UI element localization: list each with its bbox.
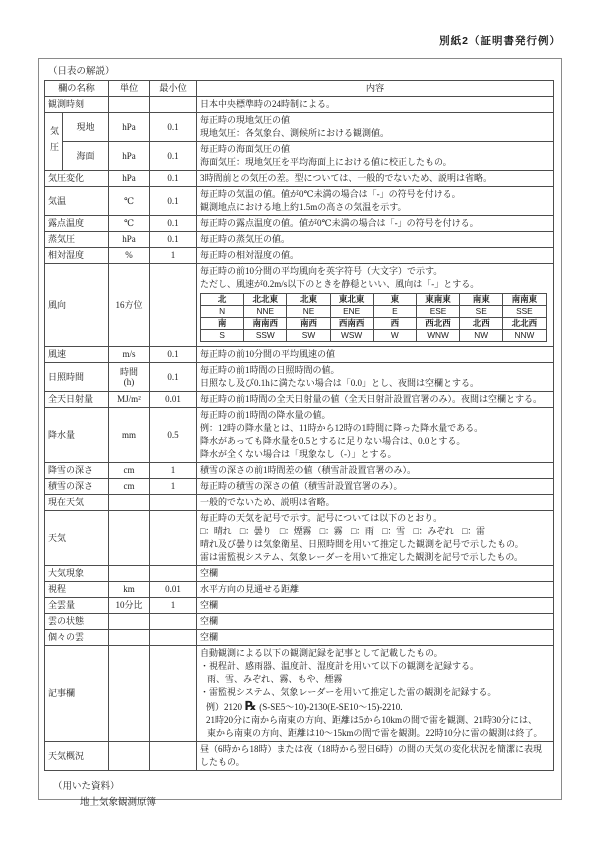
content-line: 自動観測による以下の観測記録を記事として記載したもの。 — [200, 647, 550, 660]
cell-name: 天気 — [45, 511, 109, 566]
cell-unit — [109, 630, 150, 646]
content-line: 雷は雷監視システム、気象レーダーを用いて推定した観測を記号で示したもの。 — [200, 551, 550, 564]
compass-cell: 北東 — [287, 294, 330, 306]
cell-name: 風向 — [45, 264, 109, 347]
cell-min: 0.01 — [150, 582, 197, 598]
table-row: 海面 hPa 0.1 毎正時の海面気圧の値 海面気圧：現地気圧を平均海面上におけ… — [45, 142, 554, 171]
table-row: 積雪の深さ cm 1 毎正時の積雪の深さの値（積雪計設置官署のみ）。 — [45, 479, 554, 495]
document-frame: （日表の解説） 欄の名称 単位 最小位 内容 観測時刻 日本中央標準時の24時制… — [38, 58, 562, 800]
cell-unit: ℃ — [109, 187, 150, 216]
content-line: 21時20分に南から南東の方向、距離は5から10kmの間で雷を観測、21時30分… — [200, 714, 550, 727]
compass-cell: 南西 — [287, 318, 330, 330]
cell-unit: hPa — [109, 171, 150, 187]
weather-symbols-line: □：晴れ □：曇り □：煙霧 □：霧 □：雨 □：雪 □：みぞれ □：雷 — [200, 525, 550, 538]
cell-content: 毎正時の前10分間の平均風向を英字符号（大文字）で示す。 ただし、風速が0.2m… — [197, 264, 554, 347]
cell-min — [150, 566, 197, 582]
cell-min — [150, 264, 197, 347]
compass-cell: 東南東 — [416, 294, 459, 306]
cell-unit: cm — [109, 463, 150, 479]
content-line: 東から南東の方向、距離は10～15kmの間で雷を観測。22時10分に雷の観測は終… — [200, 727, 550, 740]
compass-cell: WSW — [330, 330, 373, 342]
cell-content: 日本中央標準時の24時制による。 — [197, 97, 554, 113]
sources-item: 地上気象観測原簿 — [53, 795, 561, 811]
cell-unit — [109, 495, 150, 511]
thunderstorm-symbol: ℞ — [245, 698, 256, 713]
cell-name: 相対湿度 — [45, 248, 109, 264]
cell-unit: hPa — [109, 142, 150, 171]
table-row: 視程 km 0.01 水平方向の見通せる距離 — [45, 582, 554, 598]
table-row: 気圧 現地 hPa 0.1 毎正時の現地気圧の値 現地気圧：各気象台、測候所にお… — [45, 113, 554, 142]
table-row-weather: 天気 毎正時の天気を記号で示す。記号については以下のとおり。 □：晴れ □：曇り… — [45, 511, 554, 566]
cell-content: 空欄 — [197, 630, 554, 646]
cell-content: 毎正時の海面気圧の値 海面気圧：現地気圧を平均海面上における値に校正したもの。 — [197, 142, 554, 171]
cell-name: 雲の状態 — [45, 614, 109, 630]
cell-content: 空欄 — [197, 598, 554, 614]
cell-name: 降水量 — [45, 408, 109, 463]
content-line: ・視程計、感雨器、温度計、湿度計を用いて以下の観測を記録する。 — [200, 660, 550, 673]
compass-cell: 南南東 — [503, 294, 546, 306]
content-line: 毎正時の天気を記号で示す。記号については以下のとおり。 — [200, 512, 550, 525]
cell-unit — [109, 566, 150, 582]
cell-name: 個々の雲 — [45, 630, 109, 646]
compass-cell: S — [201, 330, 244, 342]
cell-unit — [109, 614, 150, 630]
compass-cell: 西南西 — [330, 318, 373, 330]
compass-row-kanji: 北 北北東 北東 東北東 東 東南東 南東 南南東 — [201, 294, 547, 306]
cell-name: 海面 — [63, 142, 109, 171]
section-title: （日表の解説） — [48, 63, 561, 77]
compass-cell: N — [201, 306, 244, 318]
cell-content: 毎正時の現地気圧の値 現地気圧：各気象台、測候所における観測値。 — [197, 113, 554, 142]
cell-name: 風速 — [45, 347, 109, 363]
compass-cell: NNE — [244, 306, 287, 318]
example-suffix: (S-SE5～10)-2130(E-SE10～15)-2210. — [259, 702, 402, 712]
compass-cell: NNW — [503, 330, 546, 342]
cell-min: 1 — [150, 598, 197, 614]
table-row: 降水量 mm 0.5 毎正時の前1時間の降水量の値。 例：12時の降水量とは、1… — [45, 408, 554, 463]
content-line: 毎正時の前1時間の降水量の値。 — [200, 409, 550, 422]
content-line: 毎正時の前1時間の日照時間の値。 — [200, 364, 550, 377]
content-line: 現地気圧：各気象台、測候所における観測値。 — [200, 127, 550, 140]
cell-min: 0.1 — [150, 347, 197, 363]
cell-unit — [109, 742, 150, 771]
cell-content: 毎正時の前1時間の全天日射量の値（全天日射計設置官署のみ）。夜間は空欄とする。 — [197, 392, 554, 408]
cell-min: 0.1 — [150, 171, 197, 187]
cell-unit — [109, 511, 150, 566]
cell-min — [150, 495, 197, 511]
table-row: 相対湿度 % 1 毎正時の相対湿度の値。 — [45, 248, 554, 264]
cell-content: 昼（6時から18時）または夜（18時から翌日6時）の間の天気の変化状況を簡潔に表… — [197, 742, 554, 771]
compass-cell: NE — [287, 306, 330, 318]
remarks-example-line: 例）2120℞(S-SE5～10)-2130(E-SE10～15)-2210. — [200, 699, 550, 714]
cell-unit: cm — [109, 479, 150, 495]
cell-name: 現地 — [63, 113, 109, 142]
cell-content: 毎正時の露点温度の値。値が0℃未満の場合は「-」の符号を付ける。 — [197, 216, 554, 232]
table-row: 全雲量 10分比 1 空欄 — [45, 598, 554, 614]
cell-content: 毎正時の相対湿度の値。 — [197, 248, 554, 264]
cell-unit — [109, 97, 150, 113]
content-line: 雨、雪、みぞれ、霧、もや、煙霧 — [200, 673, 550, 686]
cell-name: 大気現象 — [45, 566, 109, 582]
cell-name: 蒸気圧 — [45, 232, 109, 248]
cell-name: 現在天気 — [45, 495, 109, 511]
compass-cell: 北北東 — [244, 294, 287, 306]
explanation-table: 欄の名称 単位 最小位 内容 観測時刻 日本中央標準時の24時制による。 気圧 … — [44, 80, 554, 771]
compass-cell: WNW — [416, 330, 459, 342]
cell-content: 水平方向の見通せる距離 — [197, 582, 554, 598]
content-line: 例：12時の降水量とは、11時から12時の1時間に降った降水量である。 — [200, 422, 550, 435]
cell-content: 毎正時の前1時間の日照時間の値。 日照なし及び0.1hに満たない場合は「0.0」… — [197, 363, 554, 392]
content-line: 降水が全くない場合は「現象なし（-）」とする。 — [200, 448, 550, 461]
table-row-remarks: 記事欄 自動観測による以下の観測記録を記事として記載したもの。 ・視程計、感雨器… — [45, 646, 554, 742]
cell-content: 積雪の深さの前1時間差の値（積雪計設置官署のみ）。 — [197, 463, 554, 479]
attachment-label: 別紙2（証明書発行例） — [439, 33, 561, 48]
table-row: 天気概況 昼（6時から18時）または夜（18時から翌日6時）の間の天気の変化状況… — [45, 742, 554, 771]
table-row: 大気現象 空欄 — [45, 566, 554, 582]
cell-unit: m/s — [109, 347, 150, 363]
compass-cell: 北西 — [460, 318, 503, 330]
cell-min: 1 — [150, 248, 197, 264]
cell-content: 自動観測による以下の観測記録を記事として記載したもの。 ・視程計、感雨器、温度計… — [197, 646, 554, 742]
cell-content: 毎正時の天気を記号で示す。記号については以下のとおり。 □：晴れ □：曇り □：… — [197, 511, 554, 566]
document-page: 別紙2（証明書発行例） （日表の解説） 欄の名称 単位 最小位 内容 観測時刻 … — [0, 0, 598, 855]
compass-cell: 南東 — [460, 294, 503, 306]
cell-min — [150, 630, 197, 646]
cell-name: 日照時間 — [45, 363, 109, 392]
compass-cell: SSW — [244, 330, 287, 342]
cell-min: 0.01 — [150, 392, 197, 408]
cell-min: 0.1 — [150, 216, 197, 232]
table-row: 降雪の深さ cm 1 積雪の深さの前1時間差の値（積雪計設置官署のみ）。 — [45, 463, 554, 479]
table-row: 現在天気 一般的でないため、説明は省略。 — [45, 495, 554, 511]
table-row: 全天日射量 MJ/m² 0.01 毎正時の前1時間の全天日射量の値（全天日射計設… — [45, 392, 554, 408]
compass-cell: 西 — [373, 318, 416, 330]
cell-name: 観測時刻 — [45, 97, 109, 113]
table-row: 蒸気圧 hPa 0.1 毎正時の蒸気圧の値。 — [45, 232, 554, 248]
content-line: 日照なし及び0.1hに満たない場合は「0.0」とし、夜間は空欄とする。 — [200, 377, 550, 390]
cell-min — [150, 511, 197, 566]
unit-line: (h) — [112, 377, 146, 387]
content-line: 降水があっても降水量を0.5とするに足りない場合は、0.0とする。 — [200, 435, 550, 448]
compass-cell: SSE — [503, 306, 546, 318]
compass-cell: ENE — [330, 306, 373, 318]
cell-name: 気温 — [45, 187, 109, 216]
table-row: 雲の状態 空欄 — [45, 614, 554, 630]
unit-line: 時間 — [112, 367, 146, 377]
cell-unit: 10分比 — [109, 598, 150, 614]
table-row: 風速 m/s 0.1 毎正時の前10分間の平均風速の値 — [45, 347, 554, 363]
content-line: 観測地点における地上約1.5mの高さの気温を示す。 — [200, 201, 550, 214]
cell-unit: km — [109, 582, 150, 598]
compass-row-code: S SSW SW WSW W WNW NW NNW — [201, 330, 547, 342]
table-header-row: 欄の名称 単位 最小位 内容 — [45, 81, 554, 97]
compass-cell: 東 — [373, 294, 416, 306]
content-line: 海面気圧：現地気圧を平均海面上における値に校正したもの。 — [200, 156, 550, 169]
compass-cell: 東北東 — [330, 294, 373, 306]
cell-min — [150, 97, 197, 113]
header-content: 内容 — [197, 81, 554, 97]
cell-min: 0.1 — [150, 187, 197, 216]
cell-min: 0.1 — [150, 232, 197, 248]
example-prefix: 例）2120 — [206, 702, 242, 712]
cell-content: 毎正時の前10分間の平均風速の値 — [197, 347, 554, 363]
table-row: 個々の雲 空欄 — [45, 630, 554, 646]
cell-content: 毎正時の前1時間の降水量の値。 例：12時の降水量とは、11時から12時の1時間… — [197, 408, 554, 463]
cell-name: 積雪の深さ — [45, 479, 109, 495]
cell-content: 毎正時の気温の値。値が0℃未満の場合は「-」の符号を付ける。 観測地点における地… — [197, 187, 554, 216]
compass-cell: 西北西 — [416, 318, 459, 330]
cell-name: 露点温度 — [45, 216, 109, 232]
content-line: 毎正時の気温の値。値が0℃未満の場合は「-」の符号を付ける。 — [200, 188, 550, 201]
cell-min — [150, 646, 197, 742]
cell-min: 0.5 — [150, 408, 197, 463]
cell-unit — [109, 646, 150, 742]
table-row: 露点温度 ℃ 0.1 毎正時の露点温度の値。値が0℃未満の場合は「-」の符号を付… — [45, 216, 554, 232]
wind-compass-table: 北 北北東 北東 東北東 東 東南東 南東 南南東 N NNE NE — [200, 293, 547, 342]
compass-cell: W — [373, 330, 416, 342]
compass-cell: 南南西 — [244, 318, 287, 330]
cell-content: 空欄 — [197, 614, 554, 630]
sources-block: （用いた資料） 地上気象観測原簿 — [53, 779, 561, 811]
table-row: 気圧変化 hPa 0.1 3時間前との気圧の差。型については、一般的でないため、… — [45, 171, 554, 187]
cell-content: 毎正時の蒸気圧の値。 — [197, 232, 554, 248]
cell-unit: hPa — [109, 232, 150, 248]
cell-unit: MJ/m² — [109, 392, 150, 408]
content-line: 晴れ及び曇りは気象衛星、日照時間を用いて推定した観測を記号で示したもの。 — [200, 538, 550, 551]
cell-name: 天気概況 — [45, 742, 109, 771]
cell-content: 毎正時の積雪の深さの値（積雪計設置官署のみ）。 — [197, 479, 554, 495]
cell-min: 0.1 — [150, 363, 197, 392]
content-line: 毎正時の海面気圧の値 — [200, 143, 550, 156]
header-unit: 単位 — [109, 81, 150, 97]
cell-name: 気圧変化 — [45, 171, 109, 187]
compass-cell: 南 — [201, 318, 244, 330]
cell-unit: mm — [109, 408, 150, 463]
content-line: 毎正時の前10分間の平均風向を英字符号（大文字）で示す。 — [200, 265, 550, 278]
compass-cell: SW — [287, 330, 330, 342]
cell-min: 1 — [150, 463, 197, 479]
cell-min — [150, 614, 197, 630]
table-row: 日照時間 時間 (h) 0.1 毎正時の前1時間の日照時間の値。 日照なし及び0… — [45, 363, 554, 392]
table-row: 気温 ℃ 0.1 毎正時の気温の値。値が0℃未満の場合は「-」の符号を付ける。 … — [45, 187, 554, 216]
cell-unit: % — [109, 248, 150, 264]
cell-min — [150, 742, 197, 771]
cell-name: 全天日射量 — [45, 392, 109, 408]
content-line: ただし、風速が0.2m/s以下のときを静穏といい、風向は「-」とする。 — [200, 278, 550, 291]
cell-name: 全雲量 — [45, 598, 109, 614]
compass-row-code: N NNE NE ENE E ESE SE SSE — [201, 306, 547, 318]
cell-unit: hPa — [109, 113, 150, 142]
header-min-digit: 最小位 — [150, 81, 197, 97]
cell-content: 空欄 — [197, 566, 554, 582]
cell-min: 0.1 — [150, 113, 197, 142]
table-row-wind-direction: 風向 16方位 毎正時の前10分間の平均風向を英字符号（大文字）で示す。 ただし… — [45, 264, 554, 347]
cell-name: 記事欄 — [45, 646, 109, 742]
sources-title: （用いた資料） — [53, 779, 561, 795]
cell-unit: ℃ — [109, 216, 150, 232]
compass-cell: ESE — [416, 306, 459, 318]
table-row: 観測時刻 日本中央標準時の24時制による。 — [45, 97, 554, 113]
cell-group-pressure: 気圧 — [45, 113, 63, 171]
compass-row-kanji: 南 南南西 南西 西南西 西 西北西 北西 北北西 — [201, 318, 547, 330]
compass-cell: 北北西 — [503, 318, 546, 330]
cell-unit: 時間 (h) — [109, 363, 150, 392]
compass-cell: 北 — [201, 294, 244, 306]
cell-content: 一般的でないため、説明は省略。 — [197, 495, 554, 511]
cell-name: 降雪の深さ — [45, 463, 109, 479]
compass-cell: NW — [460, 330, 503, 342]
content-line: 毎正時の現地気圧の値 — [200, 114, 550, 127]
compass-cell: E — [373, 306, 416, 318]
cell-name: 視程 — [45, 582, 109, 598]
cell-min: 1 — [150, 479, 197, 495]
header-name: 欄の名称 — [45, 81, 109, 97]
cell-unit: 16方位 — [109, 264, 150, 347]
compass-cell: SE — [460, 306, 503, 318]
cell-min: 0.1 — [150, 142, 197, 171]
cell-content: 3時間前との気圧の差。型については、一般的でないため、説明は省略。 — [197, 171, 554, 187]
